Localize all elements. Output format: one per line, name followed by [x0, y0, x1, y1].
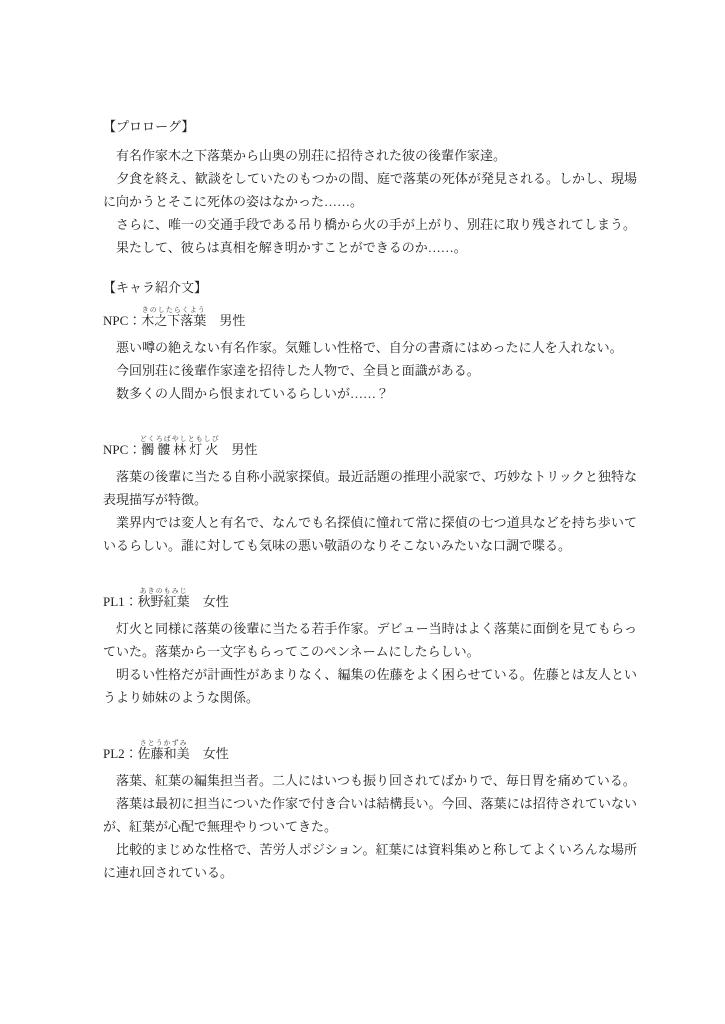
character-heading: PL1：秋野紅葉あきのもみじ女性 [103, 587, 637, 610]
character-description-paragraph: 落葉の後輩に当たる自称小説家探偵。最近話題の推理小説家で、巧妙なトリックと独特な… [103, 465, 637, 511]
character-furigana: どくろばやしともしび [140, 435, 220, 443]
prologue-paragraph: 有名作家木之下落葉から山奥の別荘に招待された彼の後輩作家達。 [103, 144, 637, 167]
character-block-pl1-akino: PL1：秋野紅葉あきのもみじ女性 灯火と同様に落葉の後輩に当たる若手作家。デビュ… [103, 587, 637, 709]
character-name-text: 木之下落葉 [141, 313, 206, 328]
character-name: 秋野紅葉あきのもみじ [138, 594, 190, 609]
character-name: 木之下落葉きのしたらくよう [141, 313, 206, 328]
character-role: PL2： [103, 746, 138, 761]
character-block-npc-kinoshita: NPC：木之下落葉きのしたらくよう男性 悪い噂の絶えない有名作家。気難しい性格で… [103, 306, 637, 405]
character-gender: 女性 [203, 746, 229, 761]
character-block-pl2-sato: PL2：佐藤和美さとうかずみ女性 落葉、紅葉の編集担当者。二人にはいつも振り回さ… [103, 739, 637, 884]
character-gender: 男性 [231, 442, 257, 457]
character-block-npc-dokurobayashi: NPC：髑髏林灯火どくろばやしともしび男性 落葉の後輩に当たる自称小説家探偵。最… [103, 435, 637, 557]
character-description-paragraph: 比較的まじめな性格で、苦労人ポジション。紅葉には資料集めと称してよくいろんな場所… [103, 838, 637, 884]
character-role: PL1： [103, 594, 138, 609]
document-page: 【プロローグ】 有名作家木之下落葉から山奥の別荘に招待された彼の後輩作家達。 夕… [0, 0, 725, 1024]
character-description-paragraph: 明るい性格だが計画性があまりなく、編集の佐藤をよく困らせている。佐藤とは友人とい… [103, 663, 637, 709]
character-name-text: 秋野紅葉 [138, 594, 190, 609]
character-heading: NPC：木之下落葉きのしたらくよう男性 [103, 306, 637, 329]
character-heading: NPC：髑髏林灯火どくろばやしともしび男性 [103, 435, 637, 458]
character-description-paragraph: 落葉は最初に担当についた作家で付き合いは結構長い。今回、落葉には招待されていない… [103, 792, 637, 838]
character-gender: 女性 [203, 594, 229, 609]
characters-section-heading: 【キャラ紹介文】 [103, 276, 637, 299]
character-heading: PL2：佐藤和美さとうかずみ女性 [103, 739, 637, 762]
character-name-text: 髑髏林灯火 [140, 442, 220, 457]
character-description-paragraph: 今回別荘に後輩作家達を招待した人物で、全員と面識がある。 [103, 359, 637, 382]
character-description-paragraph: 落葉、紅葉の編集担当者。二人にはいつも振り回されてばかりで、毎日胃を痛めている。 [103, 769, 637, 792]
character-furigana: さとうかずみ [138, 739, 190, 747]
character-furigana: きのしたらくよう [141, 306, 206, 314]
character-name: 髑髏林灯火どくろばやしともしび [141, 442, 218, 457]
document-content: 【プロローグ】 有名作家木之下落葉から山奥の別荘に招待された彼の後輩作家達。 夕… [103, 115, 637, 884]
prologue-paragraph: 夕食を終え、歓談をしていたのもつかの間、庭で落葉の死体が発見される。しかし、現場… [103, 167, 637, 213]
character-description-paragraph: 悪い噂の絶えない有名作家。気難しい性格で、自分の書斎にはめったに人を入れない。 [103, 336, 637, 359]
character-name: 佐藤和美さとうかずみ [138, 746, 190, 761]
character-name-text: 佐藤和美 [138, 746, 190, 761]
prologue-section: 有名作家木之下落葉から山奥の別荘に招待された彼の後輩作家達。 夕食を終え、歓談を… [103, 144, 637, 259]
character-description-paragraph: 数多くの人間から恨まれているらしいが……？ [103, 382, 637, 405]
character-role: NPC： [103, 442, 141, 457]
prologue-heading: 【プロローグ】 [103, 115, 637, 138]
character-description-paragraph: 業界内では変人と有名で、なんでも名探偵に憧れて常に探偵の七つ道具などを持ち歩いて… [103, 511, 637, 557]
character-role: NPC： [103, 313, 141, 328]
character-gender: 男性 [219, 313, 245, 328]
prologue-paragraph: さらに、唯一の交通手段である吊り橋から火の手が上がり、別荘に取り残されてしまう。 [103, 213, 637, 236]
character-furigana: あきのもみじ [138, 587, 190, 595]
prologue-paragraph: 果たして、彼らは真相を解き明かすことができるのか……。 [103, 236, 637, 259]
character-description-paragraph: 灯火と同様に落葉の後輩に当たる若手作家。デビュー当時はよく落葉に面倒を見てもらっ… [103, 617, 637, 663]
